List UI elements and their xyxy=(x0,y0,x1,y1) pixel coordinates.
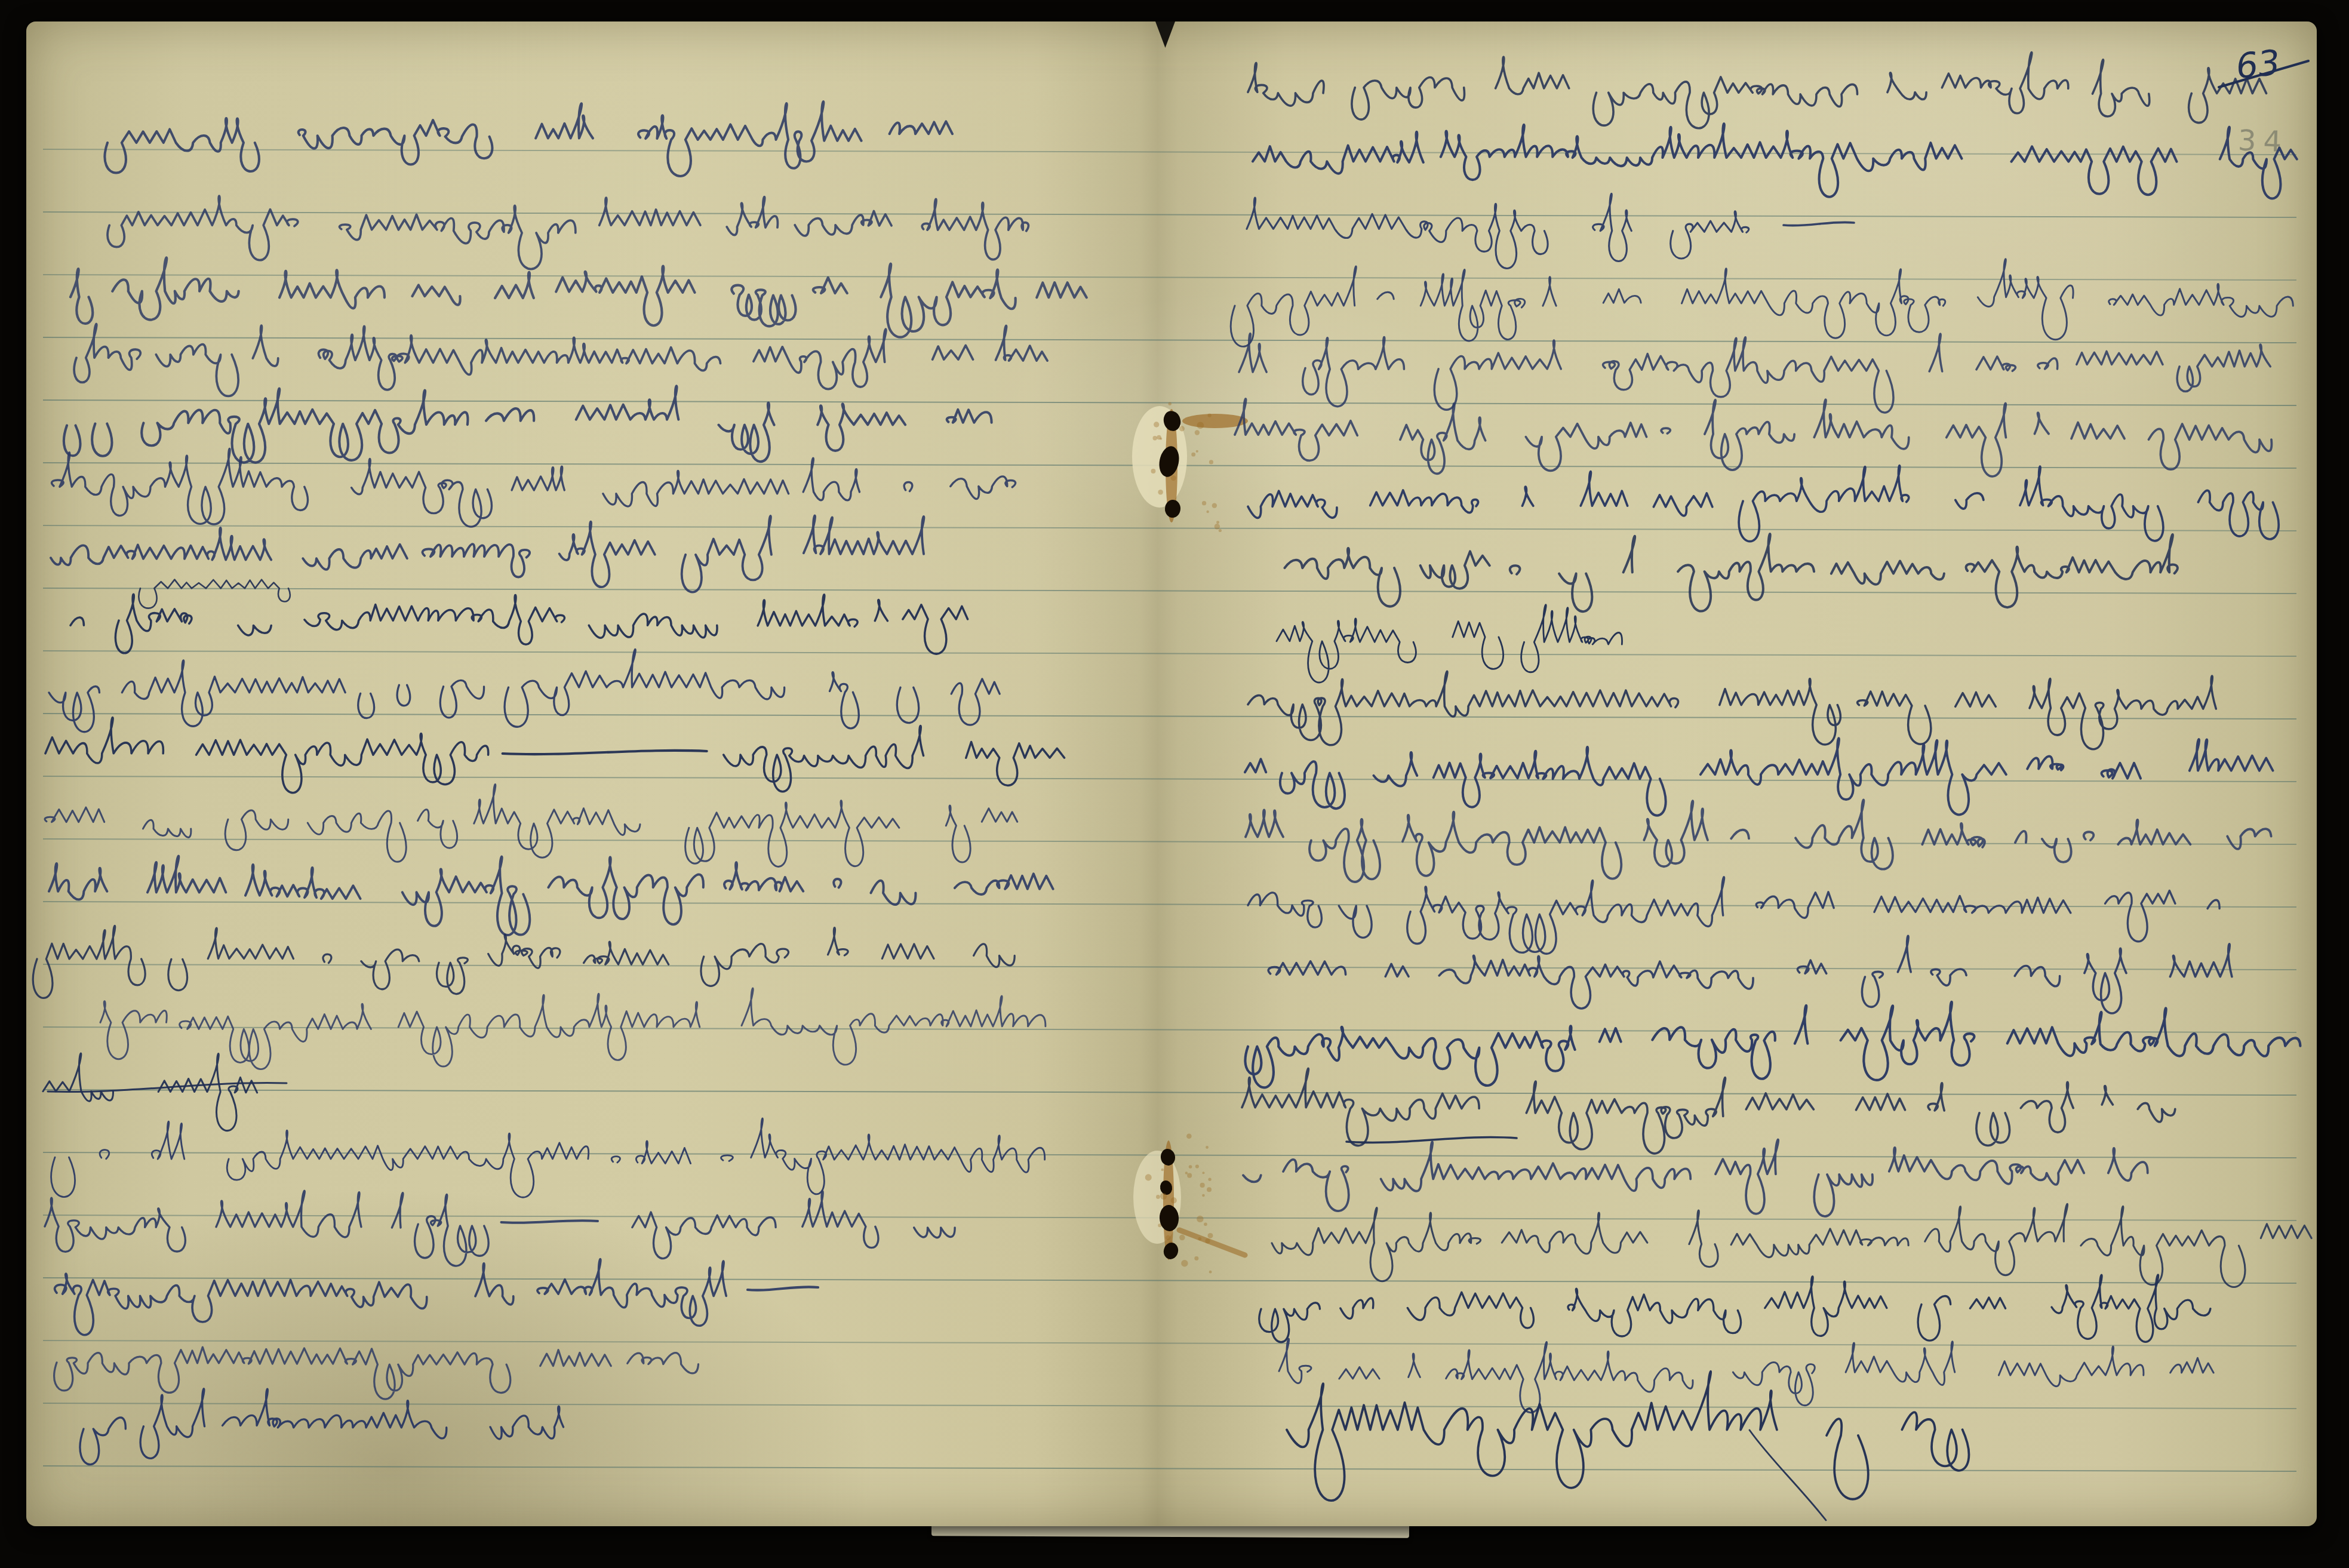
page-number-annotations: 63 34 xyxy=(2219,42,2308,159)
scanned-document: 63 34 xyxy=(0,0,2349,1568)
scan-overlay: 63 34 xyxy=(0,0,2349,1568)
page-number-pencil: 34 xyxy=(2237,124,2289,159)
handwriting-left-page xyxy=(33,102,1086,1465)
handwriting-right-page xyxy=(1231,52,2320,1520)
ruled-lines xyxy=(43,149,2296,1471)
staple-holes-and-rust xyxy=(1132,21,1248,1274)
